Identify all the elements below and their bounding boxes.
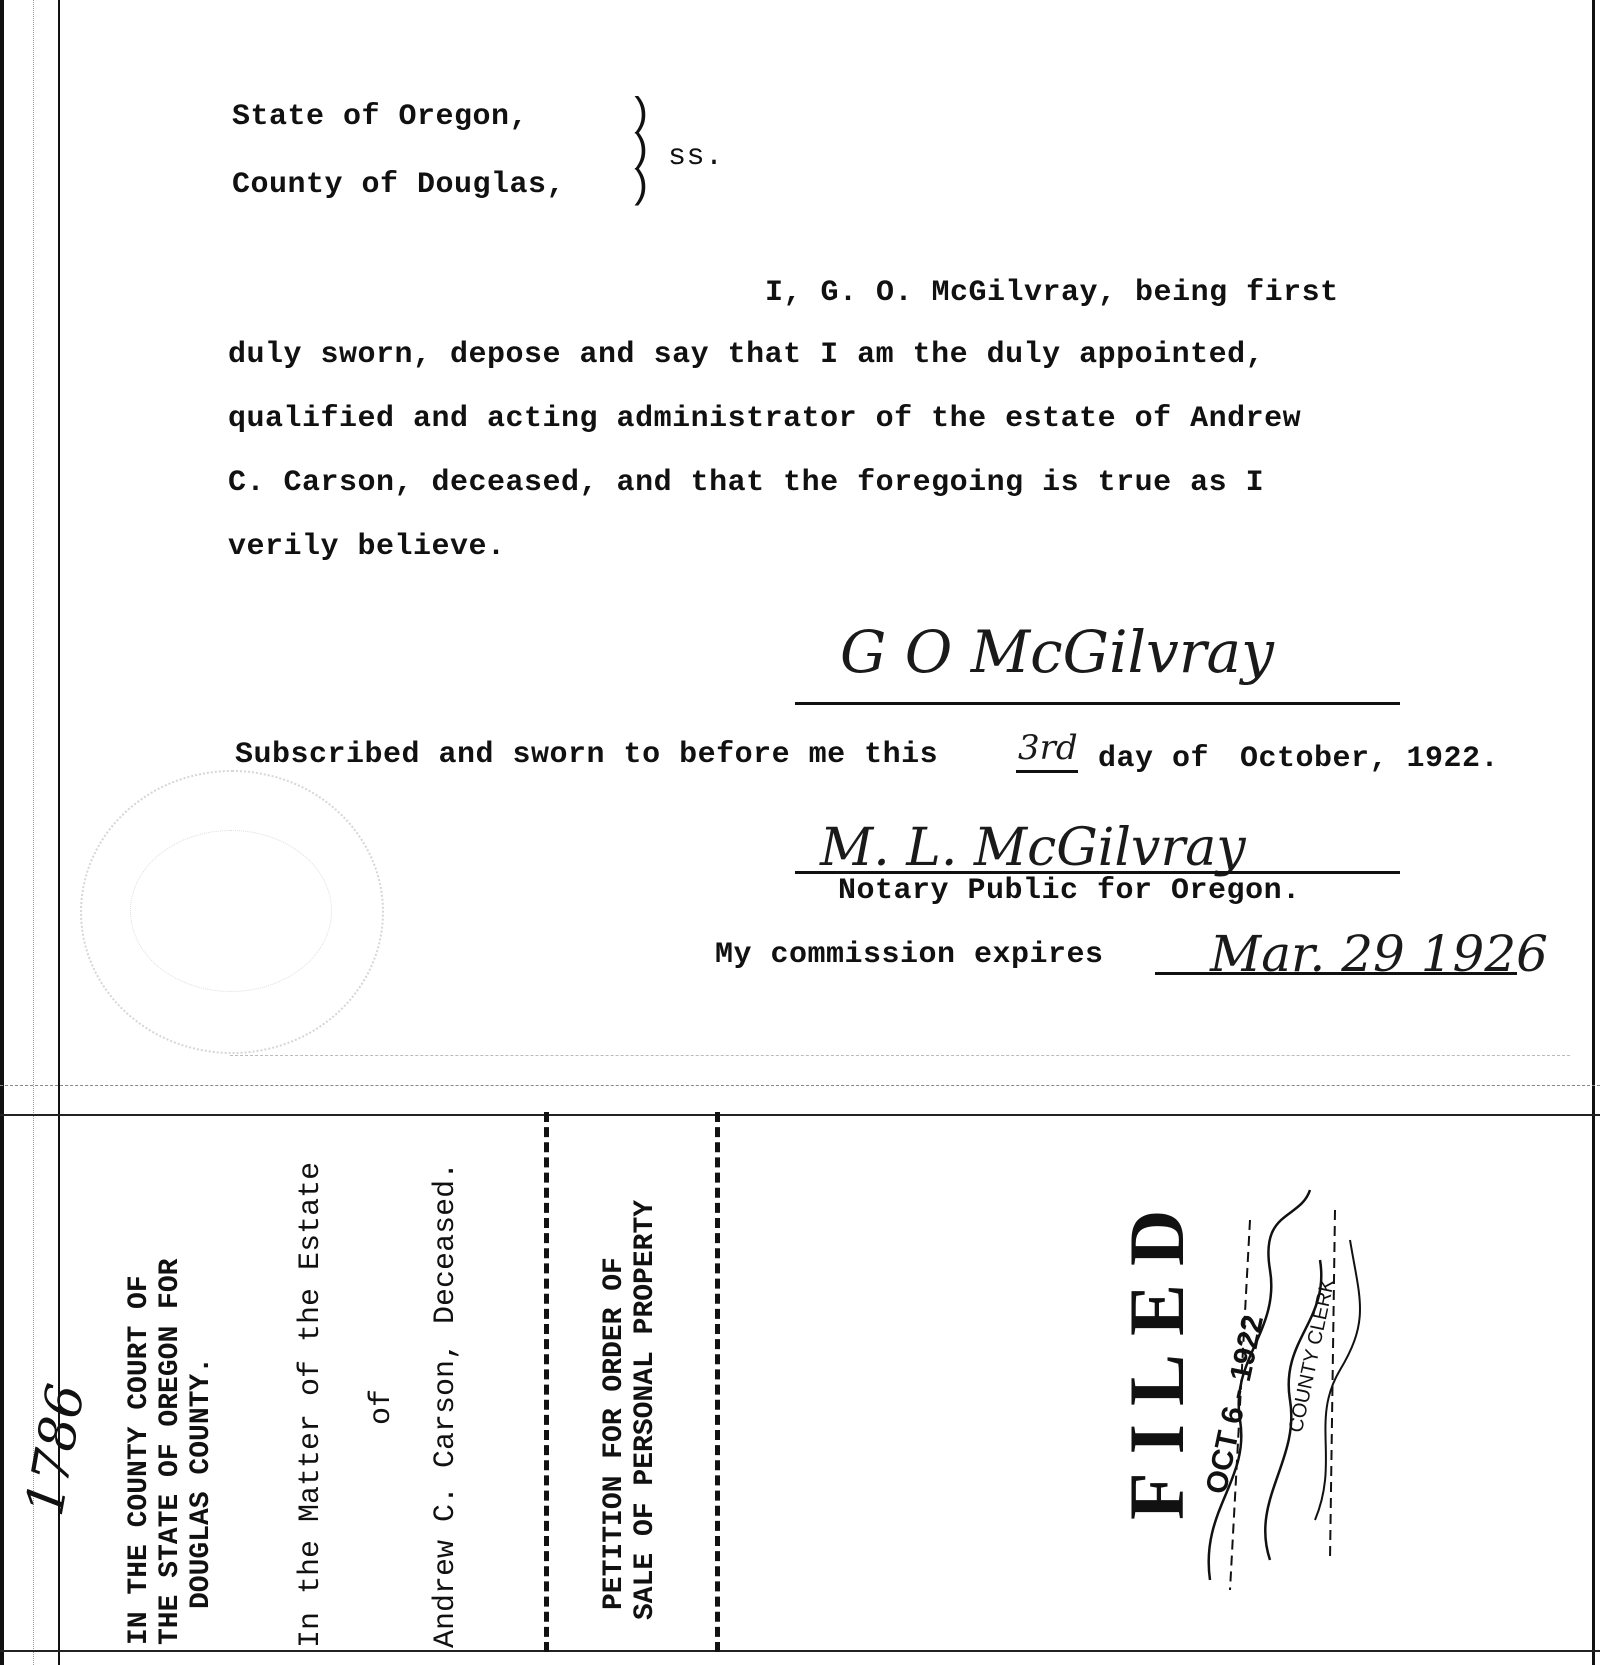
venue-brace-bottom: ) — [628, 168, 652, 208]
court-caption: IN THE COUNTY COURT OF THE STATE OF OREG… — [125, 1259, 217, 1645]
clerk-signature-icon — [1190, 1180, 1390, 1600]
jurat-prefix: Subscribed and sworn to before me this — [235, 740, 938, 770]
jurat-suffix: October, 1922. — [1240, 744, 1499, 774]
affiant-signature: G O McGilvray — [840, 618, 1274, 686]
commission-label: My commission expires — [715, 940, 1104, 970]
jurat-day-line — [1016, 770, 1078, 773]
affidavit-line: I, G. O. McGilvray, being first — [765, 278, 1339, 308]
affidavit-line: duly sworn, depose and say that I am the… — [228, 340, 1264, 370]
venue-state: State of Oregon, — [232, 102, 528, 132]
cover-divider — [715, 1112, 720, 1652]
affidavit-line: qualified and acting administrator of th… — [228, 404, 1301, 434]
deceased-line: Andrew C. Carson, Deceased. — [430, 1162, 463, 1648]
affidavit-line: C. Carson, deceased, and that the forego… — [228, 468, 1264, 498]
notary-title: Notary Public for Oregon. — [838, 876, 1301, 906]
page-left-edge — [0, 0, 4, 1665]
matter-line: In the Matter of the Estate — [295, 1162, 328, 1648]
court-line: THE STATE OF OREGON FOR — [156, 1259, 187, 1645]
petition-line: SALE OF PERSONAL PROPERTY — [631, 1200, 662, 1620]
notary-seal-inner — [130, 830, 332, 992]
fold-guide-line — [230, 1055, 1570, 1056]
notary-signature: M. L. McGilvray — [820, 818, 1246, 878]
court-line: DOUGLAS COUNTY. — [187, 1259, 218, 1645]
court-line: IN THE COUNTY COURT OF — [125, 1259, 156, 1645]
affidavit-line: verily believe. — [228, 532, 506, 562]
margin-file-number: 1786 — [15, 1380, 97, 1521]
cover-divider — [544, 1112, 549, 1652]
fold-dotted-line — [0, 1085, 1600, 1086]
venue-county: County of Douglas, — [232, 170, 565, 200]
of-line: of — [366, 1389, 399, 1425]
filed-stamp: FILED — [1112, 1192, 1202, 1520]
petition-title: PETITION FOR ORDER OF SALE OF PERSONAL P… — [600, 1200, 662, 1620]
affiant-signature-line — [795, 702, 1400, 705]
petition-line: PETITION FOR ORDER OF — [600, 1200, 631, 1620]
bottom-rule — [0, 1650, 1600, 1652]
page-right-edge — [1592, 0, 1595, 1665]
fold-line — [0, 1114, 1600, 1116]
commission-date-line — [1155, 972, 1517, 975]
jurat-middle: day of — [1098, 744, 1209, 774]
venue-ss: ss. — [668, 142, 724, 172]
jurat-day: 3rd — [1018, 728, 1078, 768]
